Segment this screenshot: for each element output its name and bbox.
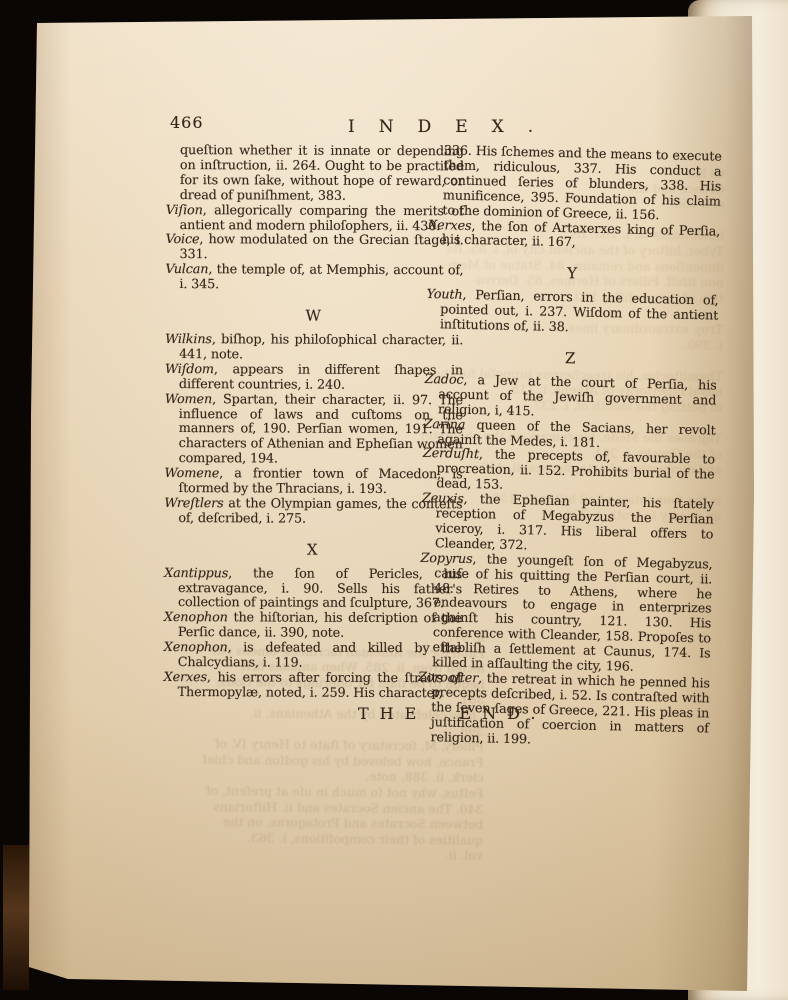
index-entry: Zadoc, a Jew at the court of Perſia, his… — [424, 373, 717, 424]
entry-headword: Wilkins — [165, 332, 212, 347]
entry-headword: Zarina — [423, 417, 465, 433]
index-entry: Womene, a frontier town of Macedon, is ſ… — [164, 467, 462, 498]
bleed-through-line: Feſtus, why not ſo much in uſe at preſen… — [165, 782, 483, 801]
entry-headword: Zerduſht — [423, 446, 479, 462]
index-entry: Zerduſht, the precepts of, favourable to… — [422, 447, 715, 498]
entry-headword: Xerxes — [428, 218, 472, 234]
entry-headword: Xenophon — [164, 610, 228, 625]
index-entry: queſtion whether it is innate or dependi… — [166, 144, 464, 205]
bleed-through-line: qualities of their compoſitions, i. 363. — [165, 829, 483, 848]
section-heading: X — [164, 542, 462, 558]
index-entry: Viſion, allegorically comparing the meri… — [166, 204, 464, 235]
index-entry: Wilkins, biſhop, his philoſophical chara… — [165, 333, 463, 364]
index-entry: Women, Spartan, their character, ii. 97.… — [165, 393, 463, 469]
section-heading: Y — [427, 263, 719, 285]
index-column-right: 336. His ſchemes and the means to execut… — [416, 144, 722, 752]
running-title: INDEX. — [348, 117, 557, 137]
bleed-through-line: between Socrates and Protagoras, on the — [165, 813, 483, 832]
index-entry: Wiſdom, appears in different ſhapes in d… — [165, 363, 463, 394]
index-entry: Vulcan, the temple of, at Memphis, accou… — [165, 263, 463, 294]
bleed-through-line: clerk, ii. 388, note. — [166, 767, 484, 786]
index-entry: Xenophon the hiſtorian, his deſcription … — [164, 611, 462, 642]
entry-headword: Zoroaſter — [418, 670, 479, 686]
entry-headword: Zopyrus — [420, 551, 472, 567]
page-number: 466 — [170, 113, 204, 132]
spine-edge — [3, 845, 29, 990]
entry-headword: Youth — [426, 287, 462, 303]
bleed-through-line: 340. The ancien Socrates and ii. Hiſtori… — [165, 798, 483, 817]
entry-headword: Wiſdom — [165, 362, 214, 377]
index-entry: 336. His ſchemes and the means to execut… — [428, 144, 722, 225]
entry-headword: Viſion — [166, 203, 203, 218]
bleed-through-line: vol. ii. — [165, 845, 483, 864]
entry-headword: Xerxes — [164, 670, 207, 685]
index-entry: Zopyrus, the youngeſt ſon of Megabyzus, … — [418, 552, 713, 678]
index-entry: Xerxes, the ſon of Artaxerxes king of Pe… — [428, 219, 721, 255]
index-entry: Xenophon, is defeated and killed by the … — [164, 641, 462, 672]
entry-headword: Zadoc — [424, 372, 463, 388]
index-entry: Xantippus, the ſon of Pericles, his extr… — [164, 567, 462, 613]
index-entry: Youth, Perſian, errors in the education … — [426, 288, 719, 339]
entry-headword: Xenophon — [164, 640, 228, 655]
entry-headword: Women — [165, 392, 212, 407]
book-page: us hisGreece and thec. i. 156.inhabitant… — [28, 16, 754, 994]
entry-headword: Womene — [165, 466, 220, 481]
entry-headword: Voice — [166, 232, 200, 247]
entry-headword: Vulcan — [165, 262, 208, 277]
section-heading: W — [165, 308, 463, 324]
index-entry: Wreſtlers at the Olympian games, the con… — [164, 497, 462, 528]
index-entry: Zeuxis, the Epheſian painter, his ſtatel… — [421, 492, 714, 558]
section-heading: Z — [425, 348, 717, 370]
entry-headword: Xantippus — [164, 566, 228, 581]
book-photograph: us hisGreece and thec. i. 156.inhabitant… — [0, 0, 788, 1000]
bleed-through-line: France, how beloved by his godſon and ch… — [166, 751, 484, 770]
index-entry: Voice, how modulated on the Grecian ſtag… — [165, 233, 463, 264]
the-end-text: THE END. — [358, 704, 546, 723]
entry-headword: Zeuxis — [422, 491, 464, 507]
entry-headword: Wreſtlers — [164, 496, 223, 511]
